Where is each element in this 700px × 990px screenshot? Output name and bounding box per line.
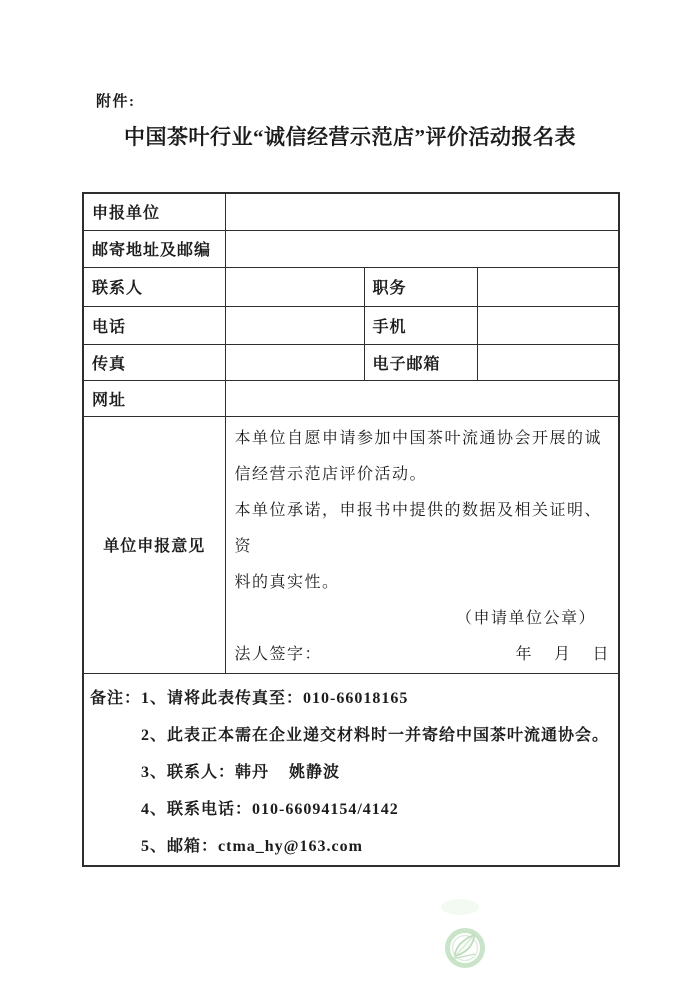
applicant-value-cell	[225, 193, 619, 230]
remark-item: 4、联系电话：010-66094154/4142	[141, 791, 614, 828]
remark-item: 1、请将此表传真至：010-66018165	[141, 680, 614, 717]
opinion-text-line: 本单位自愿申请参加中国茶叶流通协会开展的诚	[235, 421, 619, 457]
watermark-smudge	[441, 899, 479, 915]
position-label: 职务	[364, 267, 477, 306]
remarks-label: 备注：	[90, 680, 141, 717]
remark-item: 5、邮箱：ctma_hy@163.com	[141, 828, 614, 865]
mobile-value-cell	[477, 306, 619, 344]
leaf-watermark-icon	[441, 924, 489, 972]
website-label: 网址	[83, 380, 225, 416]
opinion-text-line: 料的真实性。	[235, 565, 619, 601]
phone-label: 电话	[83, 306, 225, 344]
position-value-cell	[477, 267, 619, 306]
row-fax-email: 传真 电子邮箱	[83, 344, 619, 380]
applicant-label: 申报单位	[83, 193, 225, 230]
row-address: 邮寄地址及邮编	[83, 230, 619, 267]
row-website: 网址	[83, 380, 619, 416]
opinion-text-line: 信经营示范店评价活动。	[235, 457, 619, 493]
seal-note: （申请单位公章）	[235, 601, 619, 637]
remarks-cell: 备注： 1、请将此表传真至：010-66018165 2、此表正本需在企业递交材…	[83, 673, 619, 866]
contact-value-cell	[225, 267, 364, 306]
row-phone-mobile: 电话 手机	[83, 306, 619, 344]
signature-label: 法人签字：	[235, 637, 323, 673]
row-opinion: 单位申报意见 本单位自愿申请参加中国茶叶流通协会开展的诚 信经营示范店评价活动。…	[83, 416, 619, 673]
opinion-text-line: 本单位承诺，申报书中提供的数据及相关证明、资	[235, 493, 619, 565]
email-value-cell	[477, 344, 619, 380]
contact-label: 联系人	[83, 267, 225, 306]
email-label: 电子邮箱	[364, 344, 477, 380]
date-fields: 年 月 日	[515, 637, 610, 673]
fax-label: 传真	[83, 344, 225, 380]
mobile-label: 手机	[364, 306, 477, 344]
row-applicant: 申报单位	[83, 193, 619, 230]
website-value-cell	[225, 380, 619, 416]
opinion-content-cell: 本单位自愿申请参加中国茶叶流通协会开展的诚 信经营示范店评价活动。 本单位承诺，…	[225, 416, 619, 673]
attachment-label: 附件:	[96, 90, 136, 111]
address-label: 邮寄地址及邮编	[83, 230, 225, 267]
registration-form-table: 申报单位 邮寄地址及邮编 联系人 职务 电话 手机 传真 电子邮箱 网址	[82, 192, 620, 867]
month-label: 月	[554, 637, 572, 673]
opinion-label: 单位申报意见	[83, 416, 225, 673]
fax-value-cell	[225, 344, 364, 380]
document-page: 附件: 中国茶叶行业“诚信经营示范店”评价活动报名表 申报单位 邮寄地址及邮编 …	[0, 0, 700, 990]
remark-item: 3、联系人：韩丹 姚静波	[141, 754, 614, 791]
day-label: 日	[592, 637, 610, 673]
signature-line: 法人签字： 年 月 日	[235, 637, 619, 673]
page-title: 中国茶叶行业“诚信经营示范店”评价活动报名表	[0, 121, 700, 151]
remarks-block: 备注： 1、请将此表传真至：010-66018165 2、此表正本需在企业递交材…	[90, 680, 614, 865]
remarks-list: 1、请将此表传真至：010-66018165 2、此表正本需在企业递交材料时一并…	[141, 680, 614, 865]
row-remarks: 备注： 1、请将此表传真至：010-66018165 2、此表正本需在企业递交材…	[83, 673, 619, 866]
address-value-cell	[225, 230, 619, 267]
row-contact-position: 联系人 职务	[83, 267, 619, 306]
year-label: 年	[515, 637, 533, 673]
remark-item: 2、此表正本需在企业递交材料时一并寄给中国茶叶流通协会。	[141, 717, 614, 754]
phone-value-cell	[225, 306, 364, 344]
